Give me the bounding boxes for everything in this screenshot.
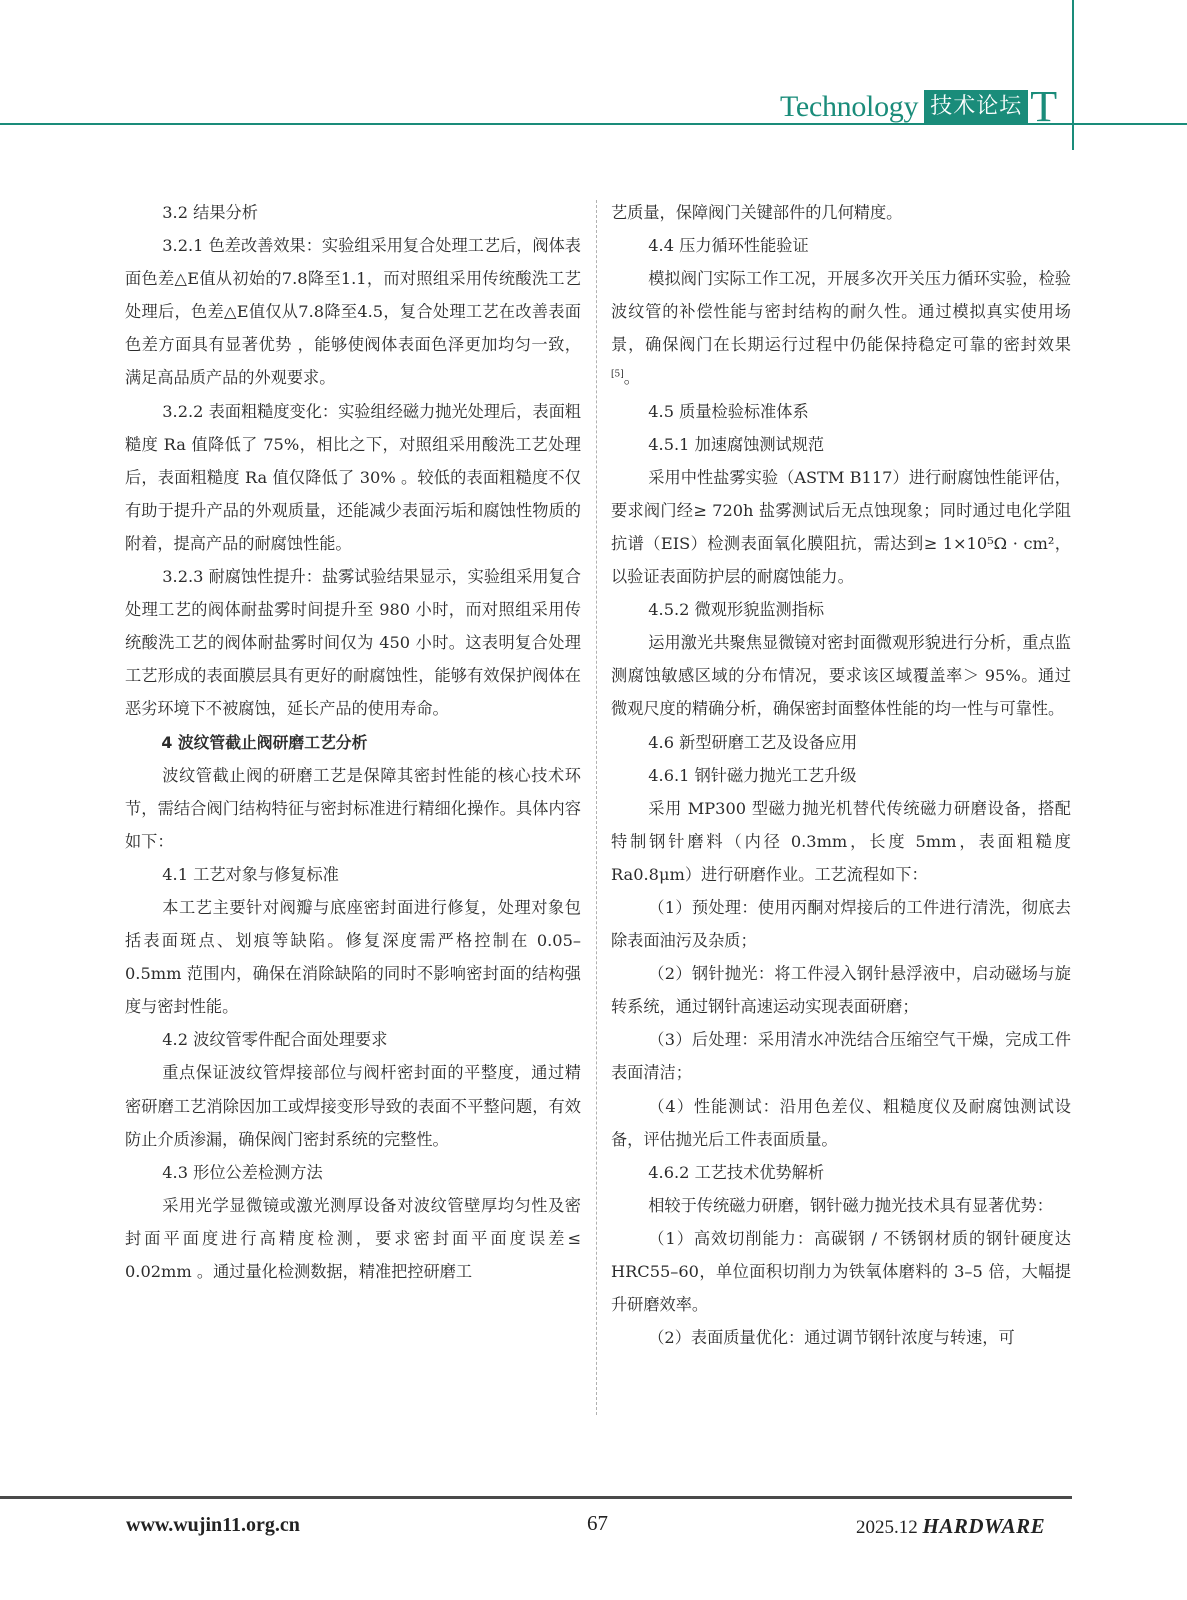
paragraph: 3.2.2 表面粗糙度变化：实验组经磁力抛光处理后，表面粗糙度 Ra 值降低了 … bbox=[125, 395, 581, 560]
list-item: （2）表面质量优化：通过调节钢针浓度与转速，可 bbox=[611, 1321, 1071, 1354]
paragraph-text: 模拟阀门实际工作工况，开展多次开关压力循环实验，检验波纹管的补偿性能与密封结构的… bbox=[611, 269, 1071, 354]
paragraph: 3.2.1 色差改善效果：实验组采用复合处理工艺后，阀体表面色差△E值从初始的7… bbox=[125, 229, 581, 394]
section-heading: 4 波纹管截止阀研磨工艺分析 bbox=[125, 726, 581, 759]
paragraph: 运用激光共聚焦显微镜对密封面微观形貌进行分析，重点监测腐蚀敏感区域的分布情况，要… bbox=[611, 626, 1071, 725]
subsection-heading: 4.5 质量检验标准体系 bbox=[611, 395, 1071, 428]
subsection-heading: 3.2 结果分析 bbox=[125, 196, 581, 229]
left-column: 3.2 结果分析 3.2.1 色差改善效果：实验组采用复合处理工艺后，阀体表面色… bbox=[125, 196, 581, 1288]
paragraph: 重点保证波纹管焊接部位与阀杆密封面的平整度，通过精密研磨工艺消除因加工或焊接变形… bbox=[125, 1056, 581, 1155]
subsection-heading: 4.5.1 加速腐蚀测试规范 bbox=[611, 428, 1071, 461]
section-title-cn: 技术论坛 bbox=[924, 90, 1028, 124]
list-item: （1）预处理：使用丙酮对焊接后的工件进行清洗，彻底去除表面油污及杂质； bbox=[611, 891, 1071, 957]
right-column: 艺质量，保障阀门关键部件的几何精度。 4.4 压力循环性能验证 模拟阀门实际工作… bbox=[611, 196, 1071, 1354]
footer-rule bbox=[0, 1496, 1072, 1499]
magazine-name: HARDWARE bbox=[923, 1514, 1046, 1538]
subsection-heading: 4.6.1 钢针磁力抛光工艺升级 bbox=[611, 759, 1071, 792]
subsection-heading: 4.6 新型研磨工艺及设备应用 bbox=[611, 726, 1071, 759]
paragraph: 模拟阀门实际工作工况，开展多次开关压力循环实验，检验波纹管的补偿性能与密封结构的… bbox=[611, 262, 1071, 394]
subsection-heading: 4.6.2 工艺技术优势解析 bbox=[611, 1156, 1071, 1189]
paragraph: 3.2.3 耐腐蚀性提升：盐雾试验结果显示，实验组采用复合处理工艺的阀体耐盐雾时… bbox=[125, 560, 581, 725]
paragraph: 采用中性盐雾实验（ASTM B117）进行耐腐蚀性能评估，要求阀门经≥ 720h… bbox=[611, 461, 1071, 593]
paragraph: 采用光学显微镜或激光测厚设备对波纹管壁厚均匀性及密封面平面度进行高精度检测，要求… bbox=[125, 1189, 581, 1288]
subsection-heading: 4.1 工艺对象与修复标准 bbox=[125, 858, 581, 891]
subsection-heading: 4.2 波纹管零件配合面处理要求 bbox=[125, 1023, 581, 1056]
subsection-heading: 4.4 压力循环性能验证 bbox=[611, 229, 1071, 262]
list-item: （3）后处理：采用清水冲洗结合压缩空气干燥，完成工件表面清洁； bbox=[611, 1023, 1071, 1089]
page-number: 67 bbox=[587, 1511, 608, 1536]
column-divider bbox=[596, 200, 597, 1415]
subsection-heading: 4.5.2 微观形貌监测指标 bbox=[611, 593, 1071, 626]
subsection-heading: 4.3 形位公差检测方法 bbox=[125, 1156, 581, 1189]
issue-date: 2025.12 bbox=[856, 1517, 918, 1538]
footer-issue: 2025.12 HARDWARE bbox=[856, 1514, 1045, 1539]
paragraph: 相较于传统磁力研磨，钢针磁力抛光技术具有显著优势： bbox=[611, 1189, 1071, 1222]
paragraph-continuation: 艺质量，保障阀门关键部件的几何精度。 bbox=[611, 196, 1071, 229]
list-item: （1）高效切削能力：高碳钢 / 不锈钢材质的钢针硬度达 HRC55–60，单位面… bbox=[611, 1222, 1071, 1321]
section-title-en: Technology bbox=[780, 90, 918, 124]
section-letter-logo: T bbox=[1030, 90, 1057, 124]
list-item: （2）钢针抛光：将工件浸入钢针悬浮液中，启动磁场与旋转系统，通过钢针高速运动实现… bbox=[611, 957, 1071, 1023]
header-rule-vertical bbox=[1072, 0, 1074, 150]
citation-ref[interactable]: [5] bbox=[611, 370, 624, 380]
paragraph-tail: 。 bbox=[624, 368, 640, 387]
section-header: Technology 技术论坛 T bbox=[780, 90, 1057, 124]
paragraph: 本工艺主要针对阀瓣与底座密封面进行修复，处理对象包括表面斑点、划痕等缺陷。修复深… bbox=[125, 891, 581, 1023]
list-item: （4）性能测试：沿用色差仪、粗糙度仪及耐腐蚀测试设备，评估抛光后工件表面质量。 bbox=[611, 1090, 1071, 1156]
paragraph: 波纹管截止阀的研磨工艺是保障其密封性能的核心技术环节，需结合阀门结构特征与密封标… bbox=[125, 759, 581, 858]
footer-website-link[interactable]: www.wujin11.org.cn bbox=[126, 1514, 300, 1537]
paragraph: 采用 MP300 型磁力抛光机替代传统磁力研磨设备，搭配特制钢针磨料（内径 0.… bbox=[611, 792, 1071, 891]
